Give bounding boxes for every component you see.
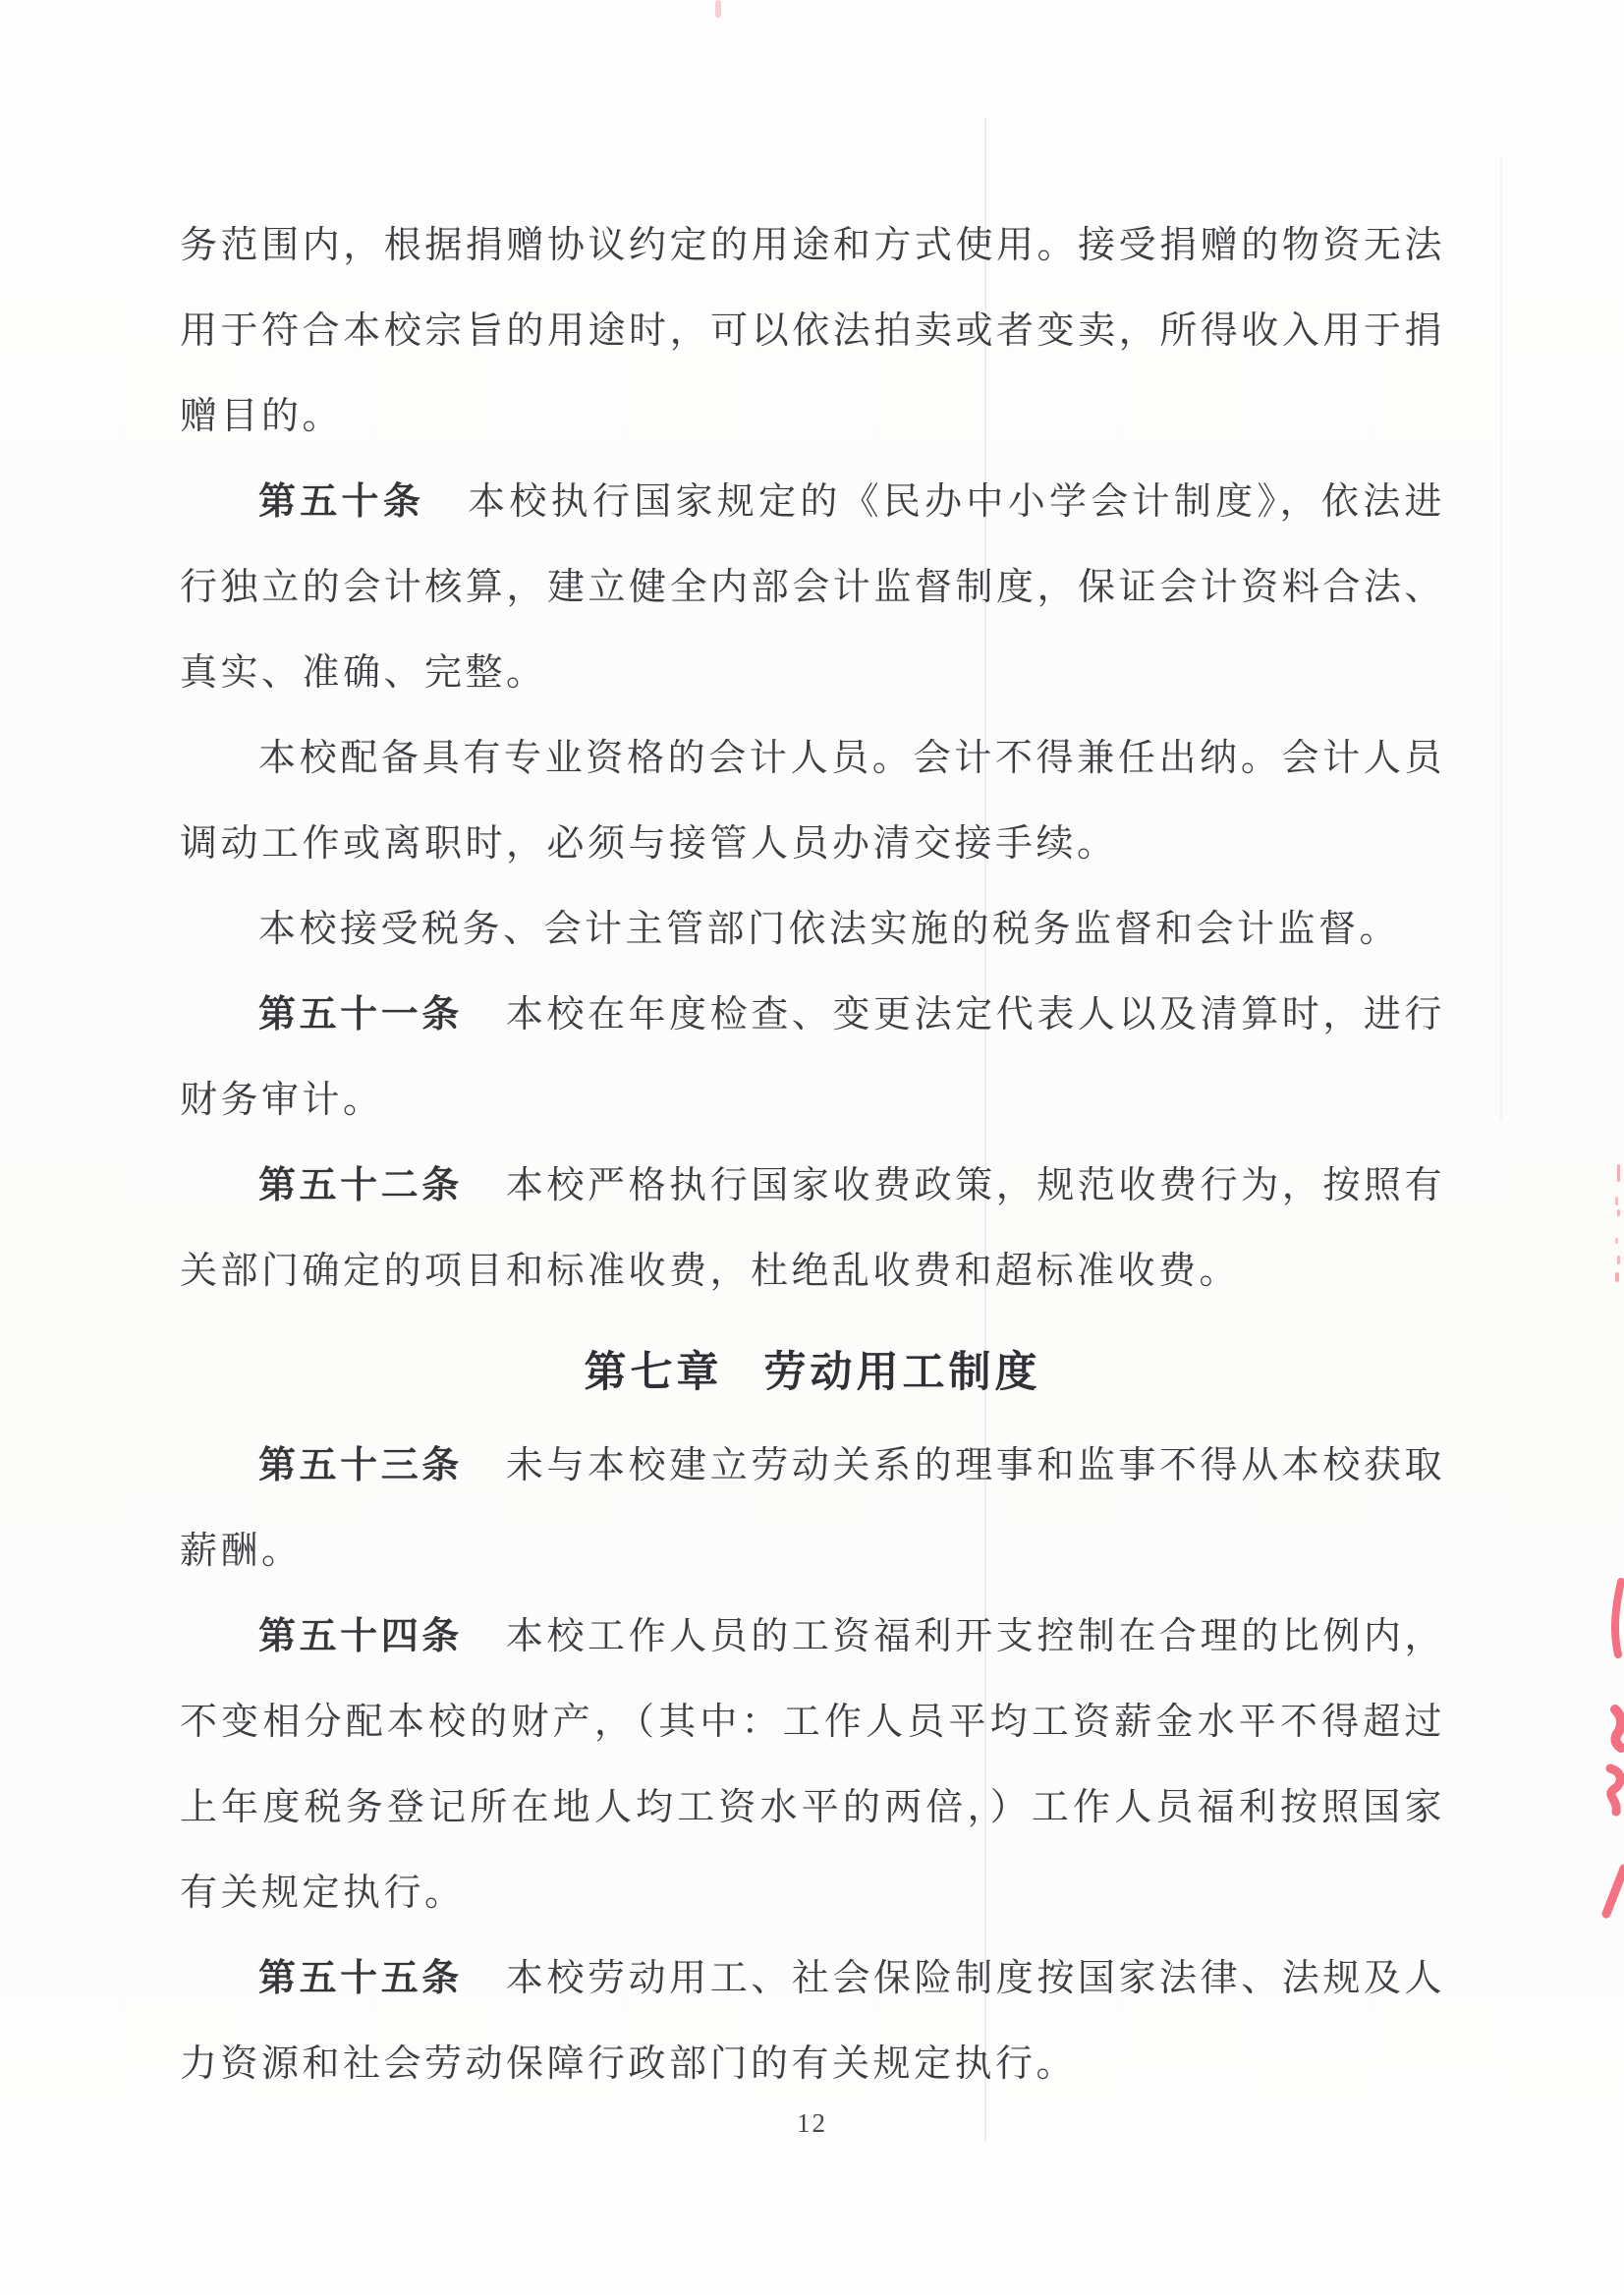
paragraph: 务范围内，根据捐赠协议约定的用途和方式使用。接受捐赠的物资无法用于符合本校宗旨的…	[180, 203, 1445, 460]
red-ink-speck	[715, 0, 721, 18]
article-number-label: 第五十一条	[258, 994, 463, 1036]
paragraph-article-50: 第五十条本校执行国家规定的《民办中小学会计制度》，依法进行独立的会计核算，建立健…	[180, 460, 1445, 716]
article-number-label: 第五十条	[258, 481, 424, 523]
article-number-label: 第五十五条	[258, 1958, 463, 1999]
scanned-document-page: 务范围内，根据捐赠协议约定的用途和方式使用。接受捐赠的物资无法用于符合本校宗旨的…	[0, 0, 1624, 2295]
paragraph-article-51: 第五十一条本校在年度检查、变更法定代表人以及清算时，进行财务审计。	[180, 973, 1445, 1144]
chapter-heading: 第七章劳动用工制度	[180, 1330, 1445, 1416]
document-content: 务范围内，根据捐赠协议约定的用途和方式使用。接受捐赠的物资无法用于符合本校宗旨的…	[180, 203, 1445, 2107]
article-number-label: 第五十二条	[258, 1165, 463, 1206]
paragraph-article-55: 第五十五条本校劳动用工、社会保险制度按国家法律、法规及人力资源和社会劳动保障行政…	[180, 1936, 1445, 2107]
paragraph: 本校配备具有专业资格的会计人员。会计不得兼任出纳。会计人员调动工作或离职时，必须…	[180, 716, 1445, 887]
page-number: 12	[0, 2108, 1624, 2139]
red-stamp-edge-marks	[1592, 1140, 1624, 1975]
paragraph-article-54: 第五十四条本校工作人员的工资福利开支控制在合理的比例内，不变相分配本校的财产，（…	[180, 1595, 1445, 1936]
chapter-number: 第七章	[585, 1349, 723, 1396]
paragraph-text: 务范围内，根据捐赠协议约定的用途和方式使用。接受捐赠的物资无法用于符合本校宗旨的…	[180, 225, 1445, 437]
article-number-label: 第五十三条	[258, 1445, 463, 1486]
paragraph-text: 本校配备具有专业资格的会计人员。会计不得兼任出纳。会计人员调动工作或离职时，必须…	[180, 738, 1445, 865]
scan-artifact-line	[1500, 157, 1502, 1120]
paragraph: 本校接受税务、会计主管部门依法实施的税务监督和会计监督。	[180, 887, 1445, 973]
chapter-title: 劳动用工制度	[764, 1349, 1041, 1396]
paragraph-text: 本校接受税务、会计主管部门依法实施的税务监督和会计监督。	[258, 909, 1400, 950]
paragraph-text: 本校工作人员的工资福利开支控制在合理的比例内，不变相分配本校的财产，（其中：工作…	[180, 1616, 1445, 1914]
paragraph-article-53: 第五十三条未与本校建立劳动关系的理事和监事不得从本校获取薪酬。	[180, 1424, 1445, 1595]
paragraph-article-52: 第五十二条本校严格执行国家收费政策，规范收费行为，按照有关部门确定的项目和标准收…	[180, 1144, 1445, 1315]
article-number-label: 第五十四条	[258, 1616, 463, 1657]
